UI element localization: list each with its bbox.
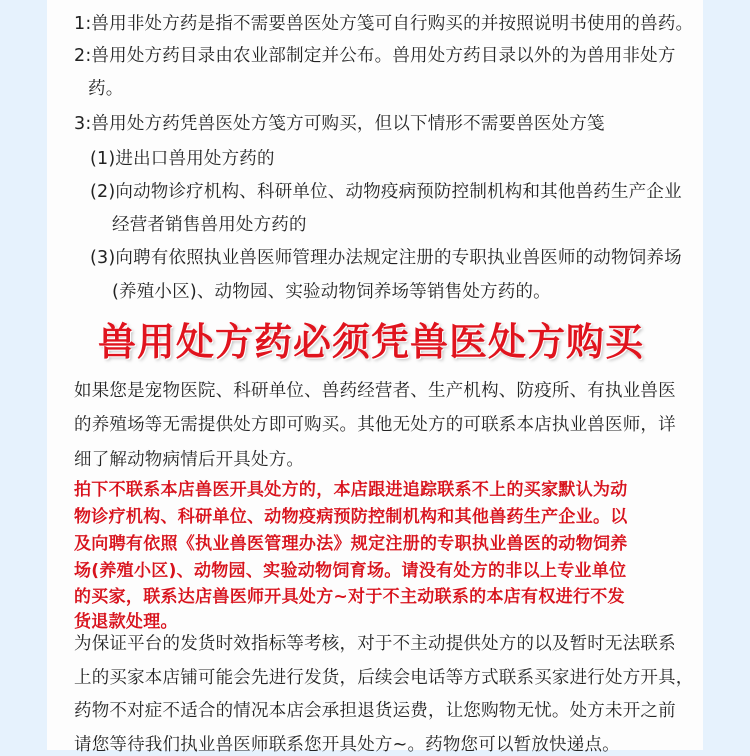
rule-1: 1:兽用非处方药是指不需要兽医处方笺可自行购买的并按照说明书使用的兽药。 xyxy=(74,10,693,35)
warning-line-1: 拍下不联系本店兽医开具处方的，本店跟进追踪联系不上的买家默认为动 xyxy=(74,475,628,500)
rule-2-line2: 药。 xyxy=(88,75,123,100)
warning-line-2: 物诊疗机构、科研单位、动物疫病预防控制机构和其他兽药生产企业。以 xyxy=(74,502,628,527)
shipping-line-2: 上的买家本店铺可能会先进行发货，后续会电话等方式联系买家进行处方开具， xyxy=(74,664,694,689)
rule-3-item-3-line2: (养殖小区)、动物园、实验动物饲养场等销售处方药的。 xyxy=(112,278,551,303)
shipping-line-4: 请您等待我们执业兽医师联系您开具处方~。药物您可以暂放快递点。 xyxy=(74,731,620,750)
warning-line-5: 的买家，联系达店兽医师开具处方~对于不主动联系的本店有权进行不发 xyxy=(74,582,625,607)
rule-3-item-2-line1: (2)向动物诊疗机构、科研单位、动物疫病预防控制机构和其他兽药生产企业 xyxy=(90,178,682,203)
warning-line-6: 货退款处理。 xyxy=(74,607,178,632)
rule-2-line1: 2:兽用处方药目录由农业部制定并公布。兽用处方药目录以外的为兽用非处方 xyxy=(74,42,676,67)
rule-3-item-3-line1: (3)向聘有依照执业兽医师管理办法规定注册的专职执业兽医师的动物饲养场 xyxy=(90,244,682,269)
warning-line-3: 及向聘有依照《执业兽医管理办法》规定注册的专职执业兽医的动物饲养 xyxy=(74,529,628,554)
notice-line-2: 的养殖场等无需提供处方即可购买。其他无处方的可联系本店执业兽医师，详 xyxy=(74,411,676,436)
rule-3-item-2-line2: 经营者销售兽用处方药的 xyxy=(112,211,307,236)
notice-line-3: 细了解动物病情后开具处方。 xyxy=(74,446,304,471)
shipping-line-1: 为保证平台的发货时效指标等考核，对于不主动提供处方的以及暂时无法联系 xyxy=(74,630,676,655)
rule-3: 3:兽用处方药凭兽医处方笺方可购买，但以下情形不需要兽医处方笺 xyxy=(74,110,605,135)
notice-line-1: 如果您是宠物医院、科研单位、兽药经营者、生产机构、防疫所、有执业兽医 xyxy=(74,377,676,402)
shipping-line-3: 药物不对症不适合的情况本店会承担退货运费，让您购物无忧。处方未开之前 xyxy=(74,697,676,722)
headline-prescription-required: 兽用处方药必须凭兽医处方购买 xyxy=(98,311,644,366)
rule-3-item-1: (1)进出口兽用处方药的 xyxy=(90,145,275,170)
warning-line-4: 场(养殖小区)、动物园、实验动物饲育场。请没有处方的非以上专业单位 xyxy=(74,556,626,581)
